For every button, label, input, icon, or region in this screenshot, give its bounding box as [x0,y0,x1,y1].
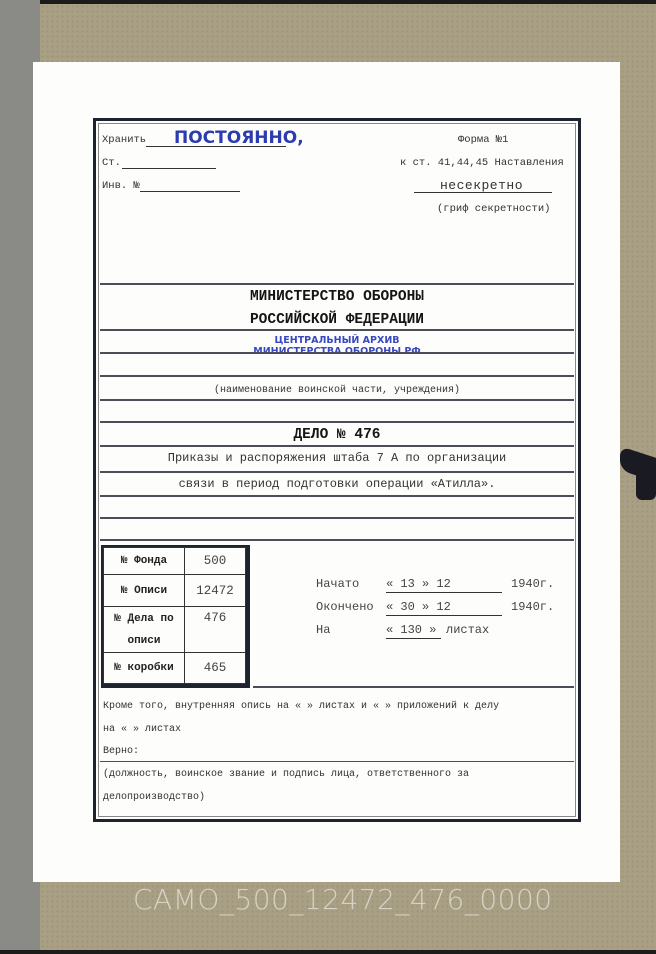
ended-year: 1940г. [511,600,554,614]
started-underline [386,592,502,593]
archive-stamp-line-1: ЦЕНТРАЛЬНЫЙ АРХИВ [96,335,578,346]
rule [100,399,574,401]
classification-value: несекретно [440,178,523,193]
inventory-note-line-1: Кроме того, внутренняя опись на « » лист… [103,701,499,712]
case-number-value: 476 [185,607,246,653]
fund-table: № Фонда 500 № Описи 12472 № Дела по опис… [101,545,250,685]
case-description-line-2: связи в период подготовки операции «Атил… [96,477,578,491]
rule [100,421,574,423]
signature-caption-line-1: (должность, воинское звание и подпись ли… [103,769,469,780]
rule [100,761,574,762]
fund-value: 500 [185,548,246,575]
inv-label: Инв. № [102,180,140,192]
case-title: ДЕЛО № 476 [96,427,578,443]
folder-tie-string-end [636,470,656,500]
ended-value: « 30 » 12 [386,600,451,614]
sheets-label: На [316,623,330,637]
ended-underline [386,615,502,616]
ministry-line-1: МИНИСТЕРСТВО ОБОРОНЫ [96,289,578,305]
started-value: « 13 » 12 [386,577,451,591]
keep-stamp: ПОСТОЯННО, [174,128,304,148]
rule [100,375,574,377]
started-year: 1940г. [511,577,554,591]
classification-caption: (гриф секретности) [437,203,550,215]
rule [100,329,574,331]
fund-label: № Фонда [104,548,185,575]
sheets-value: « 130 » [386,623,436,637]
form-frame: Хранить ПОСТОЯННО, Ст. Инв. № Форма №1 к… [93,118,581,822]
form-frame-inner [98,123,576,817]
started-label: Начато [316,577,359,591]
case-number-label: № Дела по описи [104,607,185,653]
ended-label: Окончено [316,600,374,614]
inventory-label: № Описи [104,575,185,607]
rule [100,445,574,447]
st-underline [122,168,216,169]
unit-caption: (наименование воинской части, учреждения… [96,385,578,396]
ministry-line-2: РОССИЙСКОЙ ФЕДЕРАЦИИ [96,312,578,328]
rule [100,517,574,519]
case-number-label-line-1: № Дела по [114,613,173,625]
scan-watermark: CAMO_500_12472_476_0000 [133,883,553,916]
verified-label: Верно: [103,746,139,757]
scan-bottom-edge [0,950,656,954]
rule [100,539,574,541]
fund-table-bottom-border [101,685,250,688]
sheets-underline [386,638,441,639]
rule [100,283,574,285]
sheets-suffix: листах [446,623,489,637]
box-value: 465 [185,653,246,684]
signature-caption-line-2: делопроизводство) [103,792,205,803]
article-reference: к ст. 41,44,45 Наставления [400,157,564,169]
st-label: Ст. [102,157,121,169]
inventory-note-line-2: на « » листах [103,724,181,735]
keep-label: Хранить [102,134,146,146]
rule [100,495,574,497]
case-description-line-1: Приказы и распоряжения штаба 7 А по орга… [96,451,578,465]
box-label: № коробки [104,653,185,684]
classification-underline [414,192,552,193]
inventory-value: 12472 [185,575,246,607]
form-number: Форма №1 [458,134,508,146]
rule [100,352,574,354]
case-number-label-line-2: описи [127,635,160,647]
rule [253,686,574,688]
inv-underline [140,191,240,192]
rule [100,471,574,473]
